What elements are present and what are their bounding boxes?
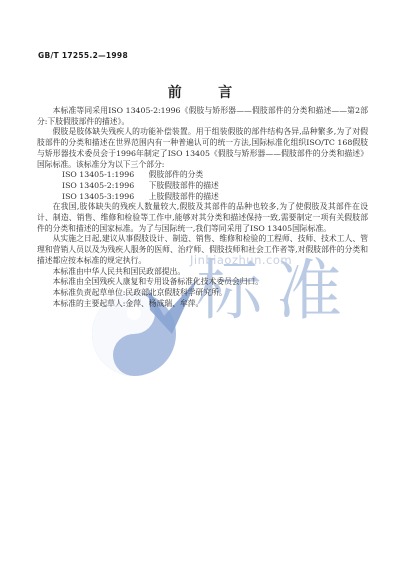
iso-part-row: ISO 13405-3:1996 上肢假肢部件的描述 [62, 192, 368, 203]
page-title: 前言 [0, 82, 400, 102]
iso-part-code: ISO 13405-2:1996 [62, 181, 134, 192]
paragraph: 本标准的主要起草人:金萍、杨成瑞、牟萍。 [37, 299, 368, 310]
document-page: Jinbiaozhun.com 标准 GB/T 17255.2—1998 前言 … [0, 0, 400, 580]
iso-part-name: 上肢假肢部件的描述 [149, 192, 219, 203]
iso-part-code: ISO 13405-1:1996 [62, 170, 134, 181]
paragraph: 本标准负责起草单位:民政部北京假肢科学研究所。 [37, 288, 368, 299]
iso-parts-list: ISO 13405-1:1996 假肢部件的分类 ISO 13405-2:199… [62, 170, 368, 202]
paragraph: 从实施之日起,建议从事假肢设计、制造、销售、维修和检验的工程师、技师、技术工人、… [37, 234, 368, 266]
paragraph: 本标准由全国残疾人康复和专用设备标准化技术委员会归口。 [37, 277, 368, 288]
doc-number: GB/T 17255.2—1998 [38, 51, 128, 60]
paragraph: 本标准等同采用ISO 13405-2:1996《假肢与矫形器——假肢部件的分类和… [37, 106, 368, 127]
iso-part-row: ISO 13405-1:1996 假肢部件的分类 [62, 170, 368, 181]
paragraph: 在我国,肢体缺失的残疾人数量较大,假肢及其部件的品种也较多,为了使假肢及其部件在… [37, 202, 368, 234]
iso-part-name: 下肢假肢部件的描述 [149, 181, 219, 192]
iso-part-code: ISO 13405-3:1996 [62, 192, 134, 203]
iso-part-name: 假肢部件的分类 [149, 170, 204, 181]
foreword-body: 本标准等同采用ISO 13405-2:1996《假肢与矫形器——假肢部件的分类和… [37, 106, 368, 309]
paragraph: 假肢是肢体缺失残疾人的功能补偿装置。用于组装假肢的部件结构各异,品种繁多,为了对… [37, 127, 368, 170]
paragraph: 本标准由中华人民共和国民政部提出。 [37, 267, 368, 278]
iso-part-row: ISO 13405-2:1996 下肢假肢部件的描述 [62, 181, 368, 192]
